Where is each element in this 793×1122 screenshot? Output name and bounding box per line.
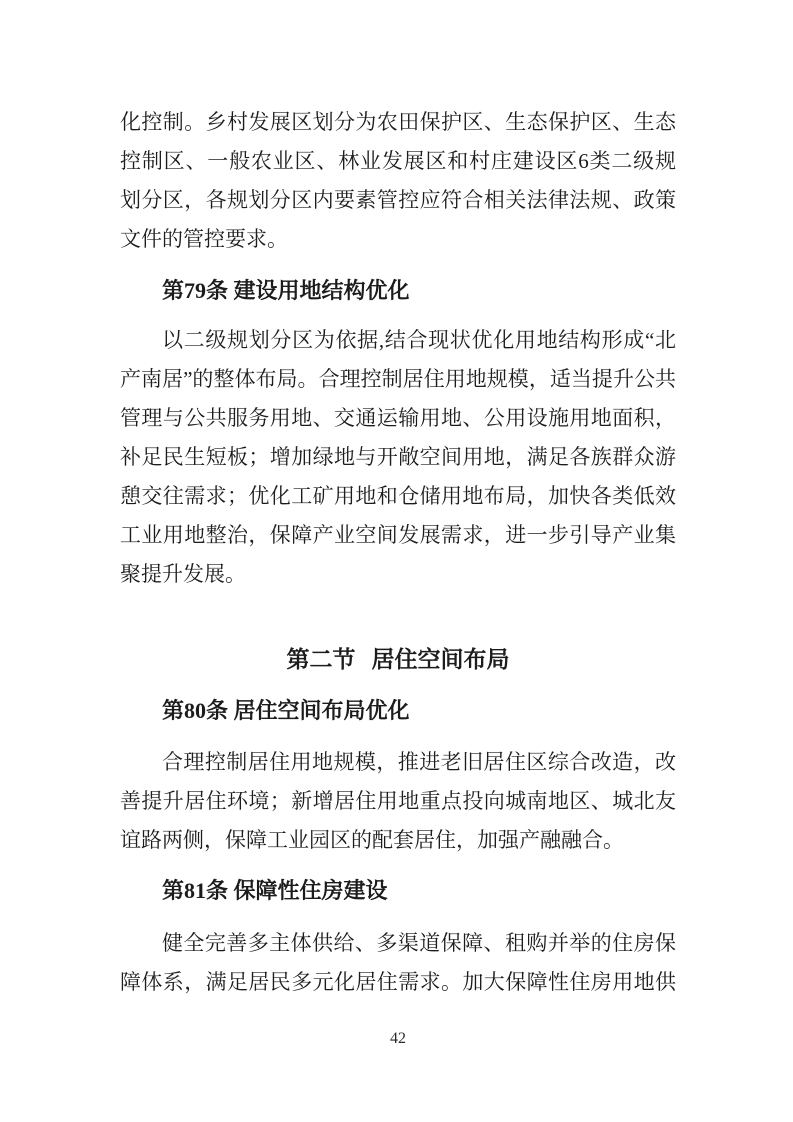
text-line: 补足民生短板；增加绿地与开敞空间用地，满足各族群众游	[120, 438, 676, 477]
text-line: 产南居”的整体布局。合理控制居住用地规模，适当提升公共	[120, 360, 676, 399]
text-line: 谊路两侧，保障工业园区的配套居住，加强产融融合。	[120, 821, 676, 860]
text-line: 障体系，满足居民多元化居住需求。加大保障性住房用地供	[120, 963, 676, 1002]
article-81-heading: 第81条 保障性住房建设	[120, 876, 676, 906]
paragraph-continuation: 化控制。乡村发展区划分为农田保护区、生态保护区、生态 控制区、一般农业区、林业发…	[120, 103, 676, 259]
section-number: 第二节	[287, 644, 356, 674]
text-line: 合理控制居住用地规模，推进老旧居住区综合改造，改	[120, 743, 676, 782]
paragraph-article-80: 合理控制居住用地规模，推进老旧居住区综合改造，改 善提升居住环境；新增居住用地重…	[120, 743, 676, 860]
text-line: 化控制。乡村发展区划分为农田保护区、生态保护区、生态	[120, 103, 676, 142]
section-name: 居住空间布局	[372, 644, 510, 674]
text-line: 划分区，各规划分区内要素管控应符合相关法律法规、政策	[120, 181, 676, 220]
text-line: 管理与公共服务用地、交通运输用地、公用设施用地面积，	[120, 399, 676, 438]
text-line: 聚提升发展。	[120, 555, 676, 594]
article-79-heading: 第79条 建设用地结构优化	[120, 276, 676, 306]
paragraph-article-81: 健全完善多主体供给、多渠道保障、租购并举的住房保 障体系，满足居民多元化居住需求…	[120, 924, 676, 1002]
section-2-title: 第二节 居住空间布局	[120, 644, 676, 674]
paragraph-article-79: 以二级规划分区为依据,结合现状优化用地结构形成“北 产南居”的整体布局。合理控制…	[120, 321, 676, 594]
text-line: 工业用地整治，保障产业空间发展需求，进一步引导产业集	[120, 516, 676, 555]
page-content: 化控制。乡村发展区划分为农田保护区、生态保护区、生态 控制区、一般农业区、林业发…	[120, 103, 676, 1049]
text-line: 文件的管控要求。	[120, 220, 676, 259]
page-number: 42	[120, 1029, 676, 1049]
text-line: 善提升居住环境；新增居住用地重点投向城南地区、城北友	[120, 782, 676, 821]
text-line: 健全完善多主体供给、多渠道保障、租购并举的住房保	[120, 924, 676, 963]
text-line: 憩交往需求；优化工矿用地和仓储用地布局，加快各类低效	[120, 477, 676, 516]
text-line: 控制区、一般农业区、林业发展区和村庄建设区6类二级规	[120, 142, 676, 181]
document-page: 化控制。乡村发展区划分为农田保护区、生态保护区、生态 控制区、一般农业区、林业发…	[0, 0, 793, 1122]
article-80-heading: 第80条 居住空间布局优化	[120, 696, 676, 726]
text-line: 以二级规划分区为依据,结合现状优化用地结构形成“北	[120, 321, 676, 360]
